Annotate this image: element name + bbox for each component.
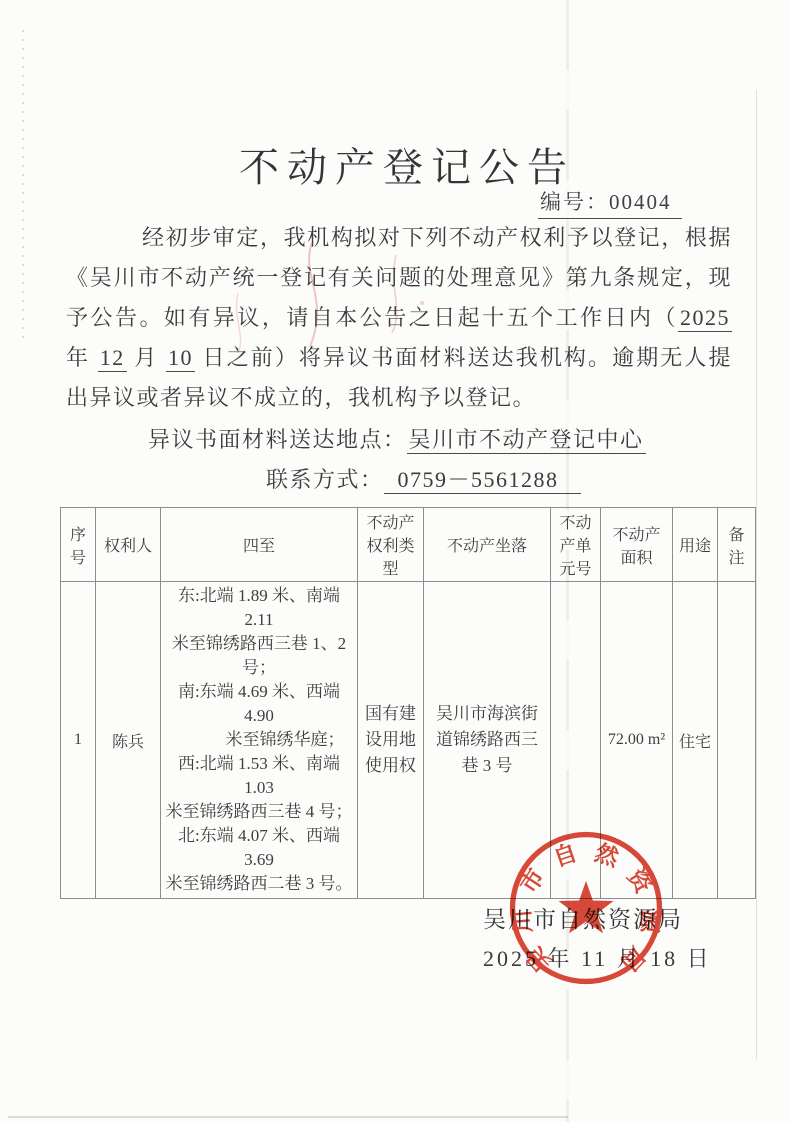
cell-seq: 1 (61, 582, 96, 899)
page-title: 不动产登记公告 (0, 136, 790, 193)
header-usage: 用途 (673, 508, 718, 582)
cell-holder: 陈兵 (96, 582, 161, 899)
header-note: 备注 (718, 508, 756, 582)
address-label: 异议书面材料送达地点： (148, 427, 407, 452)
header-right-type: 不动产权利类型 (358, 508, 424, 582)
announcement-body: 经初步审定，我机构拟对下列不动产权利予以登记，根据《吴川市不动产统一登记有关问题… (66, 218, 732, 500)
boundary-line: 西:北端 1.53 米、南端 1.03 (165, 752, 353, 800)
cell-boundaries: 东:北端 1.89 米、南端 2.11 米至锦绣路西三巷 1、2 号； 南:东端… (161, 582, 358, 899)
phone-value: 0759－5561288 (384, 467, 581, 494)
deadline-day: 10 (166, 345, 195, 372)
boundary-line: 米至锦绣路西三巷 1、2 号； (165, 632, 353, 680)
doc-number-value: 00404 (609, 190, 672, 214)
doc-number-label: 编号： (540, 190, 609, 214)
header-seq: 序号 (61, 508, 96, 582)
scanned-document-page: 不动产登记公告 编号：00404 经初步审定，我机构拟对下列不动产权利予以登记，… (0, 0, 790, 1122)
phone-line: 联系方式：0759－5561288 (66, 460, 732, 500)
deadline-year: 2025 (678, 305, 732, 332)
deadline-month: 12 (98, 345, 127, 372)
header-location: 不动产坐落 (424, 508, 551, 582)
boundary-line: 米至锦绣路西二巷 3 号。 (165, 872, 353, 896)
body-sep-year: 年 (66, 345, 98, 370)
official-seal: 吴川市自然资源局 (499, 820, 673, 996)
cell-note (718, 582, 756, 899)
seal-star-icon (558, 881, 613, 933)
boundary-line: 米至锦绣华庭； (165, 728, 353, 752)
svg-text:源: 源 (635, 909, 663, 935)
table-header-row: 序号 权利人 四至 不动产权利类型 不动产坐落 不动产单元号 不动产面积 用途 … (61, 508, 756, 582)
svg-text:川: 川 (509, 909, 537, 934)
svg-text:资: 资 (622, 864, 658, 899)
header-boundaries: 四至 (161, 508, 358, 582)
announcement-paragraph: 经初步审定，我机构拟对下列不动产权利予以登记，根据《吴川市不动产统一登记有关问题… (66, 218, 732, 418)
scan-edge-right (756, 90, 757, 1060)
header-area: 不动产面积 (601, 508, 673, 582)
boundary-line: 北:东端 4.07 米、西端 3.69 (165, 824, 353, 872)
cell-right-type: 国有建设用地使用权 (358, 582, 424, 899)
scan-edge-bottom (8, 1116, 568, 1118)
phone-label: 联系方式： (266, 467, 384, 492)
address-line: 异议书面材料送达地点：吴川市不动产登记中心 (66, 420, 732, 460)
doc-number: 编号：00404 (538, 186, 682, 219)
boundary-line: 南:东端 4.69 米、西端 4.90 (165, 680, 353, 728)
header-unit-no: 不动产单元号 (551, 508, 601, 582)
body-seg-1: 经初步审定，我机构拟对下列不动产权利予以登记，根据《吴川市不动产统一登记有关问题… (66, 225, 732, 330)
header-holder: 权利人 (96, 508, 161, 582)
address-value: 吴川市不动产登记中心 (407, 427, 646, 454)
boundary-line: 东:北端 1.89 米、南端 2.11 (165, 584, 353, 632)
body-sep-month: 月 (127, 345, 166, 370)
cell-usage: 住宅 (673, 582, 718, 899)
boundary-line: 米至锦绣路西三巷 4 号； (165, 800, 353, 824)
